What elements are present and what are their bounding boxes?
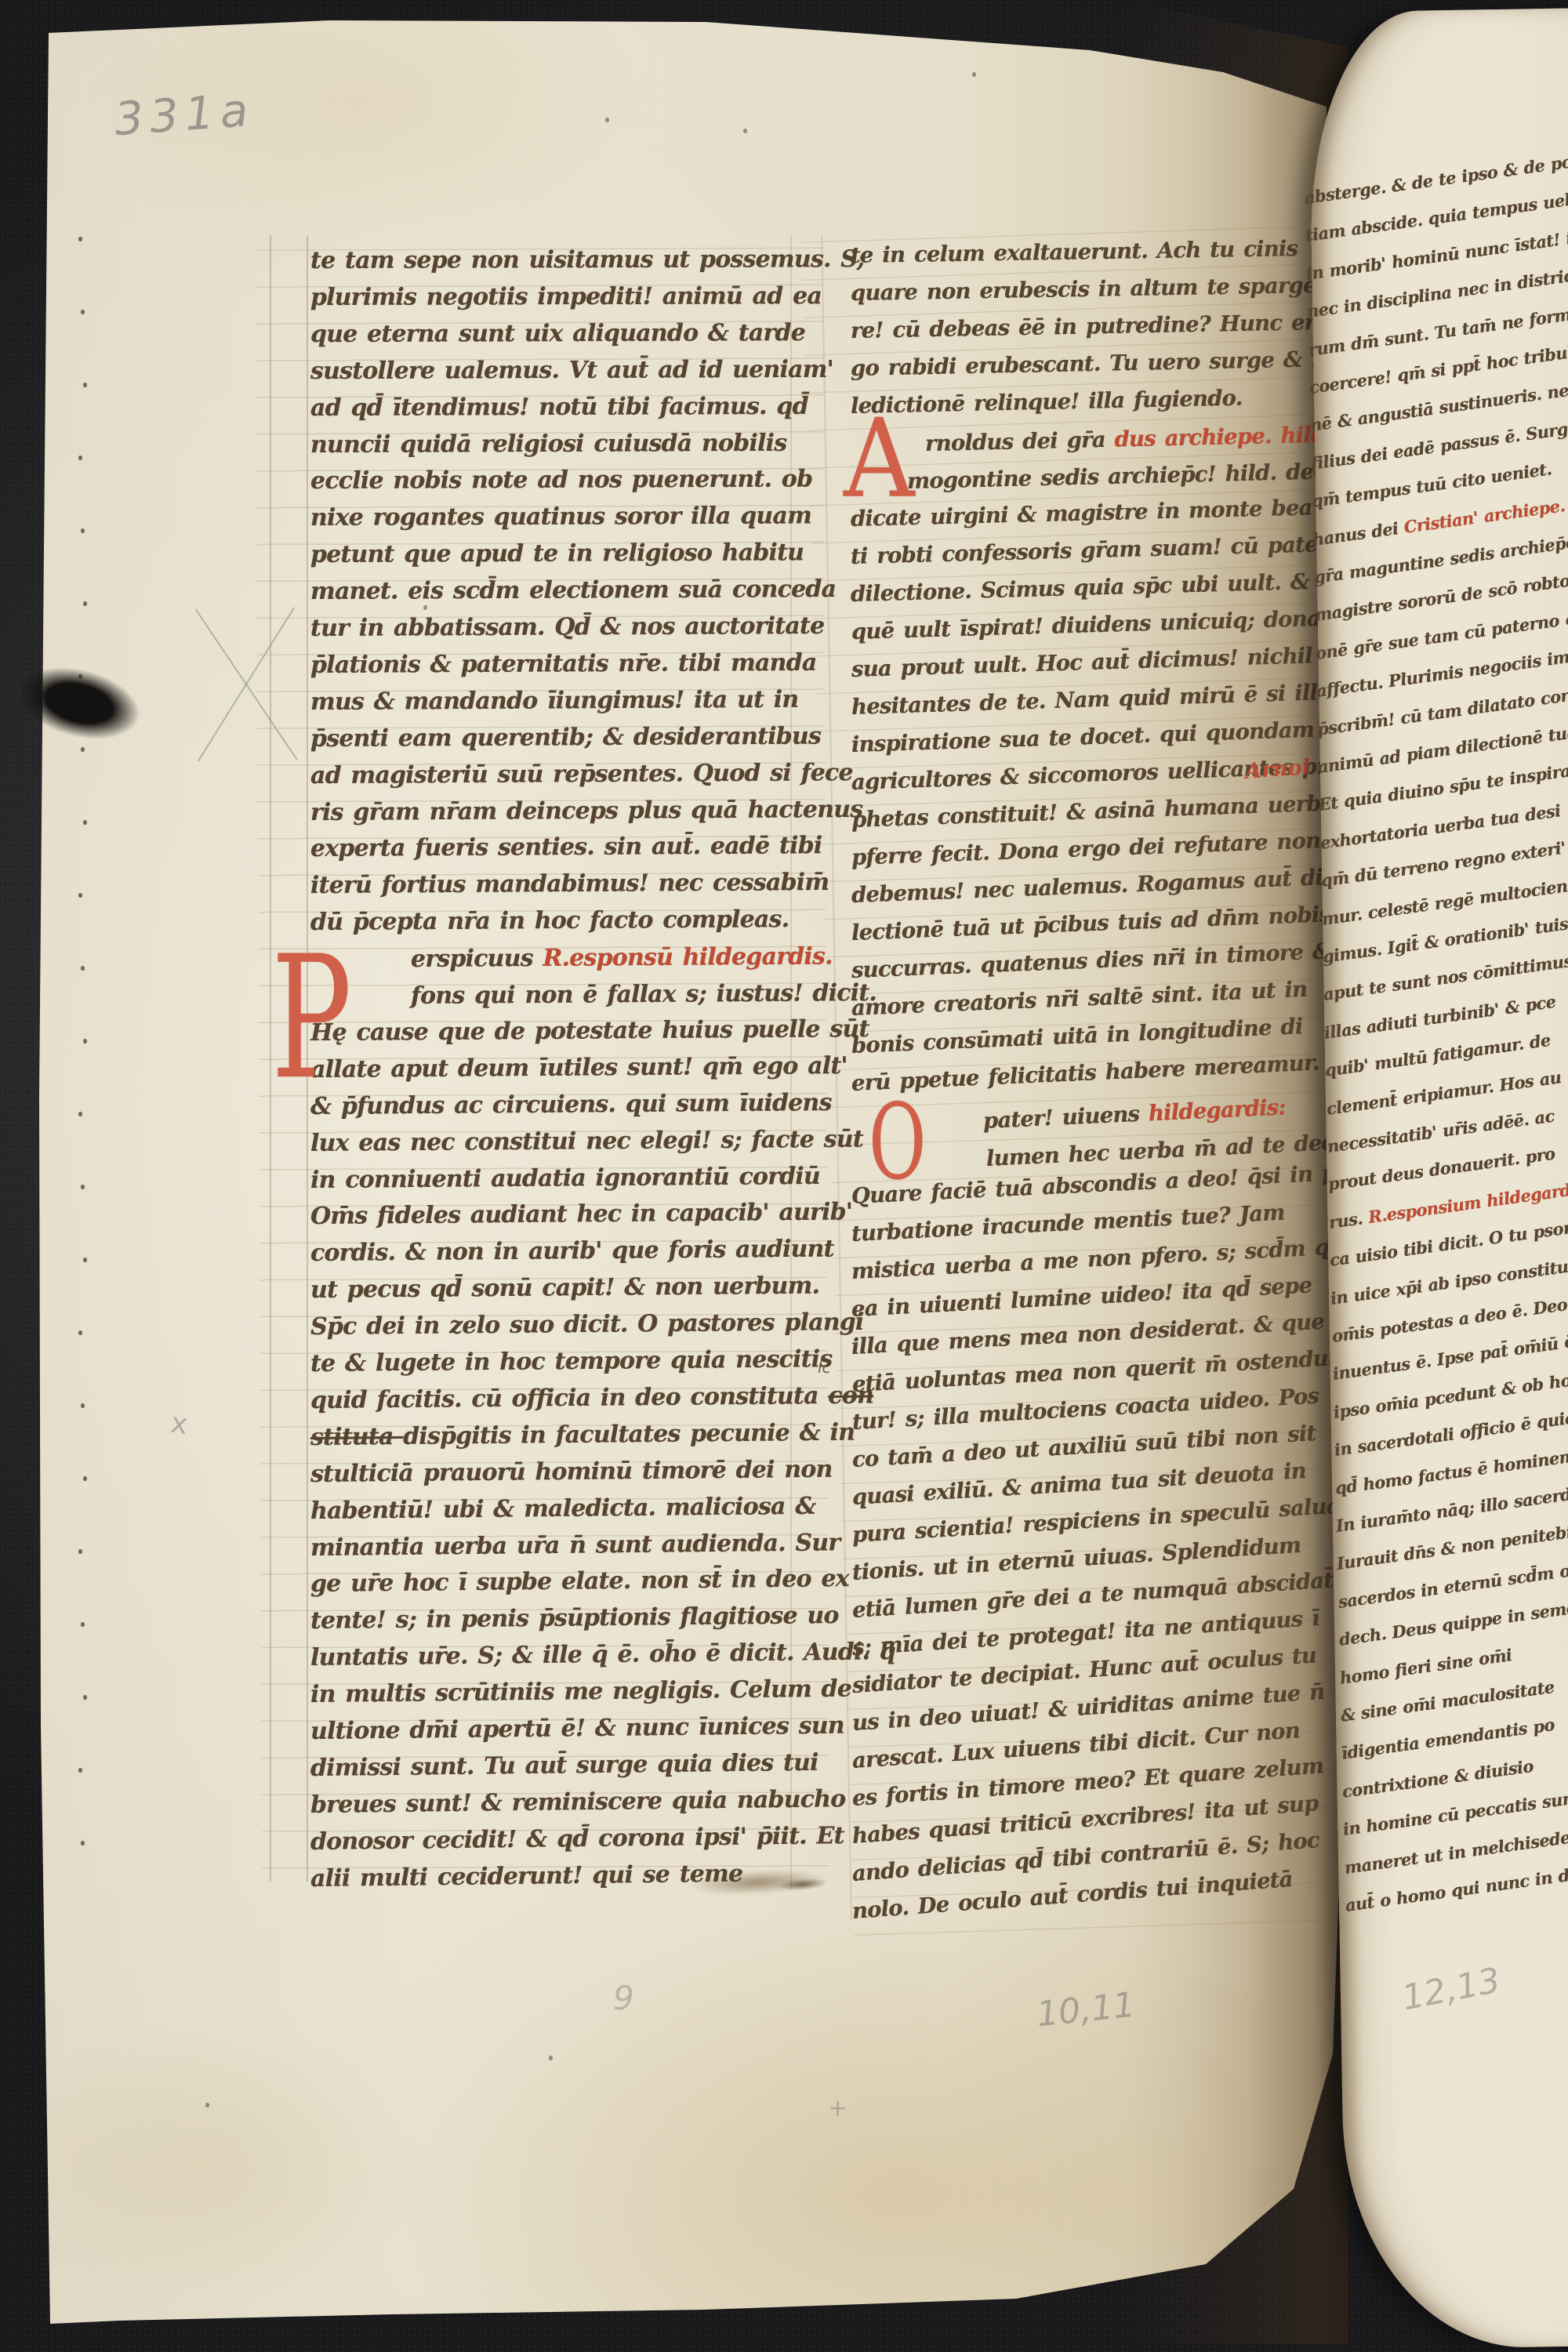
pricking-dot — [81, 966, 85, 971]
text-line: stulticiā prauorū hominū timorē dei non — [310, 1457, 833, 1486]
manuscript-text: mus & mandando īiungimus! ita ut in — [310, 686, 799, 716]
pricking-dot — [81, 747, 85, 752]
pricking-dot — [83, 383, 87, 387]
text-line: quid facitis. cū officia in deo constitu… — [310, 1384, 873, 1413]
text-line: te tam sepe non uisitamus ut possemus. S… — [310, 248, 865, 273]
pricking-dot — [81, 528, 85, 533]
text-line: nixe rogantes quatinus soror illa quam — [310, 505, 811, 531]
text-line: ris gr̄am nr̄am deinceps plus quā hacten… — [310, 797, 862, 824]
pricking-dot — [83, 1476, 87, 1481]
pricking-dot — [83, 1695, 87, 1700]
pricking-dot — [83, 1039, 87, 1044]
text-line: nuncii quidā religiosi cuiusdā nobilis — [310, 431, 786, 456]
manuscript-text: quid facitis. cū officia in deo constitu… — [310, 1382, 829, 1414]
text-line: in multis scrūtiniis me negligis. Celum … — [310, 1678, 851, 1707]
manuscript-text: alii multi ceciderunt! qui se teme — [310, 1860, 743, 1893]
initial-A: A — [844, 417, 915, 502]
pricking-dot — [78, 237, 82, 241]
text-line: mus & mandando īiungimus! ita ut in — [310, 688, 799, 714]
manuscript-text: te & lugete in hoc tempore quia nescitis — [310, 1345, 833, 1377]
pricking-dot — [78, 1330, 82, 1335]
text-line: Om̄s fideles audiant hec in capacib' aur… — [310, 1201, 852, 1229]
text-line: luntatis ur̄e. S; & ille q̄ ē. oh̄o ē di… — [310, 1640, 895, 1670]
text-line: alii multi ceciderunt! qui se teme — [310, 1862, 743, 1891]
text-line: manet. eis scd̄m electionem suā conceda — [310, 578, 836, 604]
text-line: tente! s; in penis p̄sūptionis flagitios… — [310, 1604, 839, 1633]
manuscript-text: erspicuus — [411, 945, 543, 973]
manuscript-text: nuncii quidā religiosi cuiusdā nobilis — [310, 429, 786, 458]
manuscript-text: iterū fortius mandabimus! nec cessabim̄ — [310, 869, 829, 899]
manuscript-text: ultione dm̄i apertū ē! & nunc īunices su… — [310, 1712, 844, 1745]
manuscript-text: ecclie nobis note ad nos puenerunt. ob — [310, 466, 812, 495]
text-line: Sp̄c dei in zelo suo dicit. O pastores p… — [310, 1311, 864, 1339]
pencil-shelfmark: 331a — [113, 83, 256, 146]
manuscript-text: experta fueris senties. sin aut̄. eadē t… — [310, 832, 822, 862]
manuscript-text: Sp̄c dei in zelo suo dicit. O pastores p… — [310, 1308, 864, 1341]
text-line: ad magisteriū suū rep̄sentes. Quod si fe… — [310, 761, 853, 788]
manuscript-text: stulticiā prauorū hominū timorē dei non — [310, 1455, 833, 1487]
text-line: sustollere ualemus. Vt aut̄ ad id ueniam… — [310, 358, 833, 383]
manuscript-text: stituta — [310, 1423, 403, 1451]
pencil-plus-mark: + — [828, 2095, 848, 2122]
manuscript-text: cordis. & non in aurib' que foris audiun… — [310, 1236, 834, 1268]
pricking-dot — [83, 1258, 87, 1262]
manuscript-text: dimissi sunt. Tu aut̄ surge quia dies tu… — [310, 1749, 818, 1782]
pricking-dot — [81, 310, 85, 314]
text-line: ecclie nobis note ad nos puenerunt. ob — [310, 468, 812, 493]
marginal-rubric-arnol: Arnol — [1244, 755, 1311, 784]
text-line: petunt que apud te in religioso habitu — [310, 541, 804, 567]
pricking-dot — [78, 674, 82, 679]
manuscript-text: lux eas nec constitui nec elegi! s; fact… — [310, 1125, 863, 1156]
text-line: fons qui non ē fallax s; iustus! dicit. — [411, 982, 877, 1008]
manuscript-text: que eterna sunt uix aliquando & tarde — [310, 319, 805, 348]
manuscript-text: in conniuenti audatia ignorantiū cordiū — [310, 1162, 820, 1193]
pricking-dot — [81, 1622, 85, 1627]
text-line: minantia uerba ur̄a n̄ sunt audienda. Su… — [310, 1531, 840, 1560]
manuscript-text: sustollere ualemus. Vt aut̄ ad id ueniam… — [310, 356, 833, 385]
initial-P: P — [271, 952, 352, 1084]
text-line: iterū fortius mandabimus! nec cessabim̄ — [310, 871, 829, 898]
manuscript-text: fons qui non ē fallax s; iustus! dicit. — [411, 979, 877, 1010]
parchment-speck — [605, 118, 609, 122]
manuscript-text: p̄senti eam querentib; & desiderantibus — [310, 722, 821, 752]
text-line: ultione dm̄i apertū ē! & nunc īunices su… — [310, 1715, 844, 1744]
text-line: ad qd̄ ītendimus! notū tibi facimus. qd̄ — [310, 394, 808, 419]
manuscript-text: ad qd̄ ītendimus! notū tibi facimus. qd̄ — [310, 392, 808, 421]
pricking-dot — [78, 456, 82, 460]
manuscript-text: te tam sepe non uisitamus ut possemus. S… — [310, 245, 865, 274]
text-line: stituta disp̄gitis in facultates pecunie… — [310, 1421, 855, 1449]
pricking-dot — [83, 601, 87, 606]
manuscript-text: p̄lationis & paternitatis nr̄e. tibi man… — [310, 649, 817, 679]
manuscript-text: manet. eis scd̄m electionem suā conceda — [310, 575, 836, 605]
pricking-dot — [78, 1112, 82, 1116]
text-line: experta fueris senties. sin aut̄. eadē t… — [310, 834, 822, 861]
manuscript-text: Om̄s fideles audiant hec in capacib' aur… — [310, 1199, 852, 1231]
manuscript-text: habentiū! ubi & maledicta. maliciosa & — [310, 1492, 816, 1524]
text-line: dū p̄cepta nr̄a in hoc facto compleas. — [310, 908, 789, 935]
parchment-speck — [205, 2103, 209, 2107]
text-line: & p̄fundus ac circuiens. qui sum īuidens — [310, 1091, 832, 1119]
rubric-text: dus archiepe. hild. — [1114, 422, 1332, 452]
pencil-nine-mark: 9 — [613, 1979, 634, 2017]
pricking-dot — [78, 893, 82, 898]
manuscript-text: rnoldus dei gr̄a — [925, 427, 1115, 456]
manuscript-text: ad magisteriū suū rep̄sentes. Quod si fe… — [310, 759, 853, 789]
manuscript-text: allate aput deum īutiles sunt! qm̄ ego a… — [310, 1052, 848, 1083]
rubric-text: R.esponsū hildegardis. — [543, 943, 833, 972]
text-line: ge ur̄e hoc ī supbe elate. non st̄ in de… — [310, 1567, 849, 1596]
text-line: donosor cecidit! & qd̄ corona ipsi' p̄ii… — [310, 1824, 844, 1854]
pricking-dot — [83, 820, 87, 825]
manuscript-text: Hę cause que de potestate huius puelle s… — [310, 1015, 869, 1047]
text-line: breues sunt! & reminiscere quia nabucho — [310, 1788, 846, 1817]
text-line: tur in abbatissam. Qd̄ & nos auctoritate — [310, 615, 825, 641]
manuscript-text: nixe rogantes quatinus soror illa quam — [310, 503, 811, 532]
text-line: allate aput deum īutiles sunt! qm̄ ego a… — [310, 1054, 848, 1082]
text-line: p̄lationis & paternitatis nr̄e. tibi man… — [310, 652, 817, 677]
text-line: cordis. & non in aurib' que foris audiun… — [310, 1238, 834, 1266]
text-line: que eterna sunt uix aliquando & tarde — [310, 321, 805, 347]
pricking-dot — [81, 1841, 85, 1846]
text-line: lux eas nec constitui nec elegi! s; fact… — [310, 1127, 863, 1155]
text-line: erspicuus R.esponsū hildegardis. — [411, 946, 833, 972]
manuscript-text: dū p̄cepta nr̄a in hoc facto compleas. — [310, 906, 789, 936]
text-line: habentiū! ubi & maledicta. maliciosa & — [310, 1494, 816, 1523]
manuscript-text: tur in abbatissam. Qd̄ & nos auctoritate — [310, 612, 825, 642]
margin-ic-mark: ic — [818, 1358, 831, 1377]
parchment-speck — [423, 605, 427, 610]
manuscript-photo: te tam sepe non uisitamus ut possemus. S… — [0, 0, 1568, 2352]
text-line: in conniuenti audatia ignorantiū cordiū — [310, 1164, 820, 1192]
manuscript-text: tente! s; in penis p̄sūptionis flagitios… — [310, 1602, 839, 1635]
pricking-dot — [81, 1185, 85, 1189]
manuscript-text: plurimis negotiis impediti! animū ad ea — [310, 282, 822, 311]
manuscript-text: & p̄fundus ac circuiens. qui sum īuidens — [310, 1089, 832, 1120]
manuscript-text: ut pecus qd̄ sonū capit! & non uerbum. — [310, 1272, 819, 1305]
manuscript-text: ris gr̄am nr̄am deinceps plus quā hacten… — [310, 795, 862, 826]
parchment-speck — [743, 129, 747, 133]
text-line: dimissi sunt. Tu aut̄ surge quia dies tu… — [310, 1751, 818, 1780]
initial-O: O — [869, 1102, 926, 1184]
manuscript-text: minantia uerba ur̄a n̄ sunt audienda. Su… — [310, 1529, 840, 1562]
parchment-speck — [549, 2056, 553, 2060]
pricking-dot — [78, 1768, 82, 1773]
pricking-dot — [81, 1403, 85, 1408]
parchment-speck — [972, 72, 976, 77]
manuscript-text: donosor cecidit! & qd̄ corona ipsi' p̄ii… — [310, 1822, 844, 1856]
text-line: te & lugete in hoc tempore quia nescitis — [310, 1348, 833, 1376]
pricking-dot — [78, 1549, 82, 1554]
text-line: plurimis negotiis impediti! animū ad ea — [310, 285, 822, 310]
text-line: Hę cause que de potestate huius puelle s… — [310, 1018, 869, 1045]
manuscript-text: petunt que apud te in religioso habitu — [310, 539, 804, 568]
manuscript-text: disp̄gitis in facultates pecunie & in — [403, 1418, 855, 1450]
text-line: ut pecus qd̄ sonū capit! & non uerbum. — [310, 1275, 819, 1303]
manuscript-text: breues sunt! & reminiscere quia nabucho — [310, 1785, 846, 1819]
text-line: p̄senti eam querentib; & desiderantibus — [310, 724, 821, 750]
